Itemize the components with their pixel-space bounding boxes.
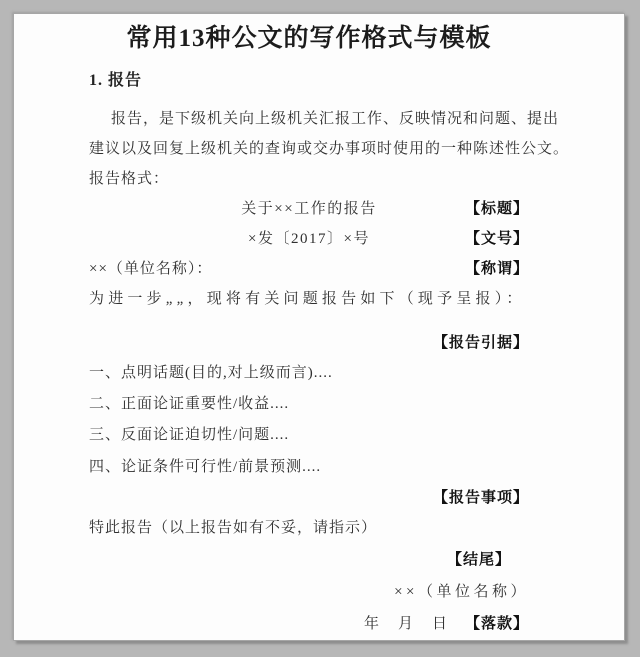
definition-line-2: 建议以及回复上级机关的查询或交办事项时使用的一种陈述性公文。	[89, 134, 529, 164]
outline-item-4: 四、论证条件可行性/前景预测....	[89, 451, 529, 483]
tag-salutation: 【称谓】	[465, 254, 529, 284]
template-row-matters: 【报告事项】	[89, 483, 529, 513]
date-text: 年 月 日	[364, 616, 449, 632]
document-page: 常用13种公文的写作格式与模板 1. 报告 报告，是下级机关向上级机关汇报工作、…	[13, 13, 625, 641]
date-row: 年 月 日【落款】	[89, 608, 529, 640]
template-docnum-text: ×发〔2017〕×号	[89, 224, 529, 254]
template-salutation-text: ××（单位名称）：	[89, 261, 212, 277]
template-row-docnum: ×发〔2017〕×号 【文号】	[89, 224, 529, 254]
tag-ending: 【结尾】	[447, 552, 511, 568]
signature-name: ××（单位名称）	[394, 584, 529, 600]
tag-citation: 【报告引据】	[433, 335, 529, 351]
section-heading: 1. 报告	[89, 66, 529, 96]
tag-matters: 【报告事项】	[433, 490, 529, 506]
definition-line-1: 报告，是下级机关向上级机关汇报工作、反映情况和问题、提出	[89, 104, 529, 134]
tag-signoff: 【落款】	[465, 616, 529, 632]
template-row-opening: 为进一步„„，现将有关问题报告如下（现予呈报）：	[89, 284, 529, 314]
document-title: 常用13种公文的写作格式与模板	[89, 22, 529, 56]
template-row-title: 关于××工作的报告 【标题】	[89, 194, 529, 224]
document-content: 常用13种公文的写作格式与模板 1. 报告 报告，是下级机关向上级机关汇报工作、…	[89, 14, 529, 640]
tag-docnum: 【文号】	[465, 224, 529, 254]
outline-item-3: 三、反面论证迫切性/问题....	[89, 420, 529, 451]
template-row-ending: 【结尾】	[89, 544, 529, 576]
outline-item-2: 二、正面论证重要性/收益....	[89, 389, 529, 420]
outline-item-1: 一、点明话题(目的,对上级而言)....	[89, 358, 529, 389]
closing-line: 特此报告（以上报告如有不妥，请指示）	[89, 513, 529, 544]
template-row-citation: 【报告引据】	[89, 328, 529, 358]
tag-title: 【标题】	[465, 194, 529, 224]
template-title-text: 关于××工作的报告	[89, 194, 529, 224]
signature-row: ××（单位名称）	[89, 576, 529, 608]
template-row-salutation: ××（单位名称）： 【称谓】	[89, 254, 529, 284]
format-intro: 报告格式：	[89, 164, 529, 194]
